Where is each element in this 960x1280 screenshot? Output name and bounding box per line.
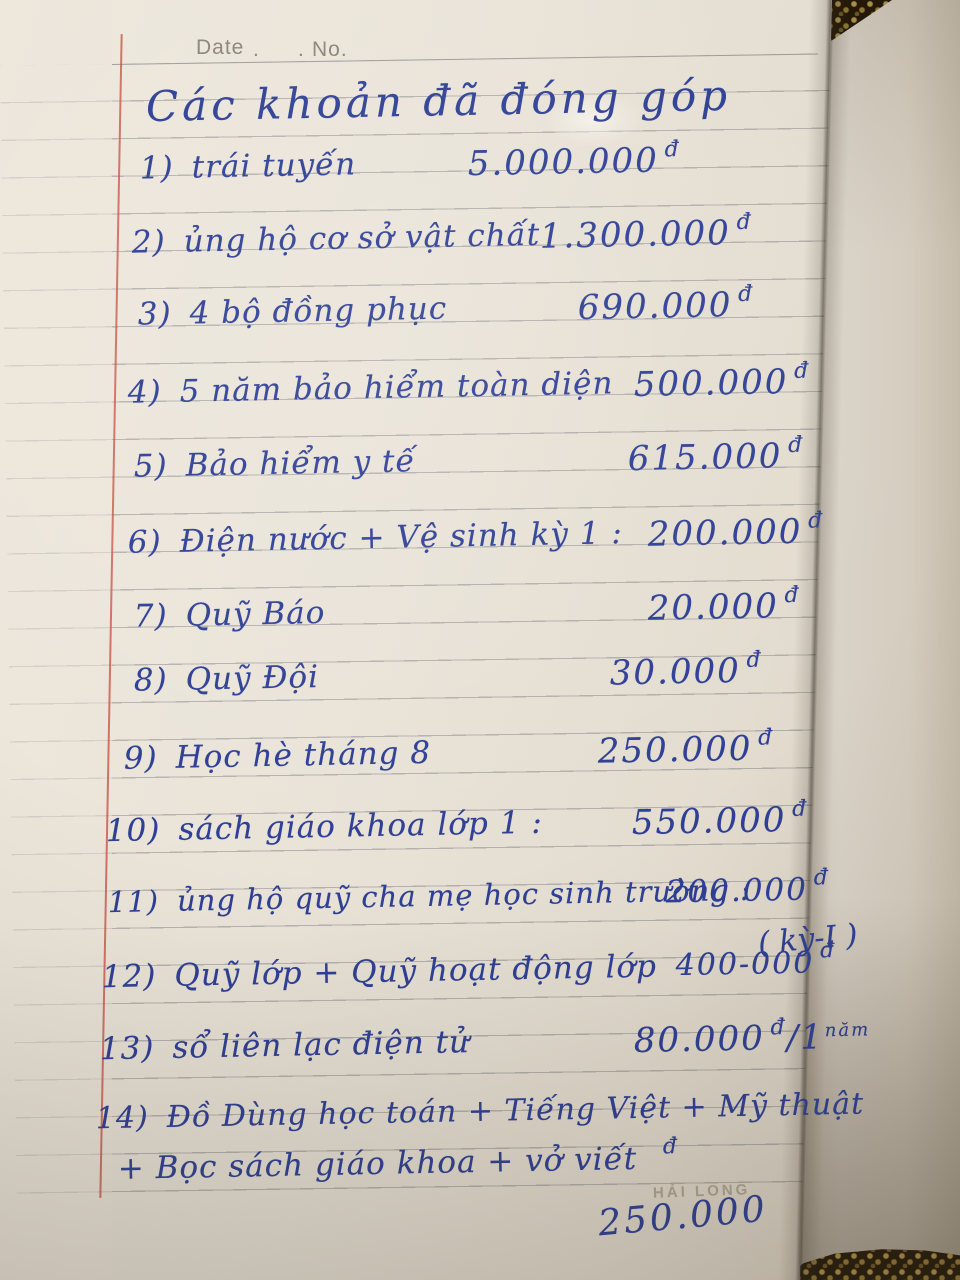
item-row-10: 10)sách giáo khoa lớp 1 : 550.000đ bbox=[0, 799, 840, 865]
item-row-12: 12)Quỹ lớp + Quỹ hoạt động lớp 400-000đ bbox=[0, 945, 840, 1011]
printed-no-label: No. bbox=[312, 38, 348, 62]
item-label: Quỹ Đội bbox=[185, 659, 319, 698]
currency-superscript: đ bbox=[784, 583, 801, 608]
amount-value: 400-000 bbox=[675, 946, 814, 984]
item-label: Quỹ Báo bbox=[185, 595, 325, 634]
printed-dot: . bbox=[253, 38, 260, 62]
item-label: Đồ Dùng học toán + Tiếng Việt + Mỹ thuật bbox=[166, 1087, 864, 1135]
amount-suffix-superscript: năm bbox=[825, 1019, 871, 1041]
item-amount: 1.300.000đ bbox=[539, 213, 753, 257]
item-amount: 30.000đ bbox=[609, 651, 763, 694]
notebook-photo: Date . . No. Các khoản đã đóng góp 1)trá… bbox=[0, 0, 960, 1280]
amount-value: 550.000 bbox=[631, 800, 786, 843]
item-number: 10) bbox=[106, 812, 161, 849]
item-amount: 200.000đ bbox=[647, 511, 824, 554]
currency-superscript: đ bbox=[770, 1015, 787, 1040]
item-number: 4) bbox=[128, 374, 163, 411]
amount-value: 80.000 bbox=[633, 1018, 765, 1061]
item-row-4: 4)5 năm bảo hiểm toàn diện 500.000đ bbox=[0, 361, 840, 427]
item-row-8: 8)Quỹ Đội 30.000đ bbox=[0, 649, 840, 715]
item-number: 5) bbox=[134, 448, 169, 485]
item-label: Học hè tháng 8 bbox=[175, 735, 431, 776]
item-label: Điện nước + Vệ sinh kỳ 1 : bbox=[179, 515, 623, 559]
item-label: trái tuyến bbox=[191, 146, 356, 185]
item-amount: 690.000đ bbox=[577, 285, 754, 328]
currency-superscript: đ bbox=[663, 1134, 679, 1159]
amount-value: 30.000 bbox=[609, 651, 741, 694]
item-number: 9) bbox=[124, 740, 159, 777]
currency-superscript: đ bbox=[746, 648, 763, 673]
item-label: Quỹ lớp + Quỹ hoạt động lớp bbox=[174, 949, 657, 994]
handwritten-title: Các khoản đã đóng góp bbox=[146, 71, 732, 131]
printed-dot: . bbox=[298, 38, 305, 62]
currency-superscript: đ bbox=[736, 210, 753, 235]
item-row-1: 1)trái tuyến 5.000.000đ bbox=[0, 137, 840, 203]
watermark-hai-long: HẢI LONG bbox=[653, 1181, 751, 1201]
item-amount: 615.000đ bbox=[627, 436, 804, 479]
item-label: 4 bộ đồng phục bbox=[189, 291, 447, 332]
item-row-9: 9)Học hè tháng 8 250.000đ bbox=[0, 727, 840, 793]
item-number: 2) bbox=[132, 224, 167, 261]
item-label: ủng hộ cơ sở vật chất bbox=[183, 217, 540, 260]
currency-superscript: đ bbox=[788, 433, 805, 458]
item-amount: 200.000đ bbox=[665, 871, 830, 910]
item-label: 5 năm bảo hiểm toàn diện bbox=[179, 365, 613, 409]
printed-date-label: Date bbox=[196, 36, 244, 60]
item-row-13: 13)sổ liên lạc điện tử 80.000đ/1năm bbox=[0, 1017, 840, 1083]
item-row-2: 2)ủng hộ cơ sở vật chất 1.300.000đ bbox=[0, 211, 840, 277]
item-row-6: 6)Điện nước + Vệ sinh kỳ 1 : 200.000đ bbox=[0, 511, 840, 577]
item-number: 3) bbox=[138, 296, 173, 333]
amount-value: 20.000 bbox=[647, 586, 779, 629]
item-amount: 250.000đ bbox=[597, 728, 774, 771]
currency-superscript: đ bbox=[794, 359, 811, 384]
currency-superscript: đ bbox=[813, 865, 830, 890]
item-amount: 20.000đ bbox=[647, 586, 801, 629]
item-amount: 500.000đ bbox=[633, 362, 810, 405]
item-number: 14) bbox=[96, 1100, 150, 1136]
amount-value: 615.000 bbox=[627, 436, 782, 479]
item-number: 11) bbox=[108, 884, 160, 919]
item-number: 12) bbox=[102, 958, 157, 995]
item-label: sổ liên lạc điện tử bbox=[172, 1024, 470, 1066]
amount-value: 1.300.000 bbox=[539, 213, 731, 257]
item-row-5: 5)Bảo hiểm y tế 615.000đ bbox=[0, 435, 840, 501]
amount-value: 500.000 bbox=[633, 362, 788, 405]
currency-superscript: đ bbox=[738, 282, 755, 307]
item-label: sách giáo khoa lớp 1 : bbox=[178, 805, 543, 848]
amount-value: 200.000 bbox=[665, 872, 808, 911]
currency-superscript: đ bbox=[808, 508, 825, 533]
amount-suffix: /1 bbox=[786, 1017, 824, 1058]
item-number: 7) bbox=[134, 598, 169, 635]
currency-superscript: đ bbox=[792, 797, 809, 822]
amount-value: 690.000 bbox=[577, 285, 732, 328]
item-amount: 80.000đ/1năm bbox=[633, 1016, 870, 1061]
item-row-3: 3)4 bộ đồng phục 690.000đ bbox=[0, 283, 840, 349]
item-label: Bảo hiểm y tế bbox=[185, 443, 416, 483]
item-amount: 5.000.000đ bbox=[467, 140, 681, 184]
item-number: 8) bbox=[134, 662, 169, 699]
amount-value: 200.000 bbox=[647, 512, 802, 555]
item-row-11: 11)ủng hộ quỹ cha mẹ học sinh trường : 2… bbox=[0, 871, 840, 937]
item-number: 6) bbox=[128, 524, 163, 561]
currency-superscript: đ bbox=[664, 137, 681, 162]
item-amount: 400-000đ bbox=[675, 945, 836, 983]
item-number: 13) bbox=[100, 1030, 155, 1067]
currency-superscript: đ bbox=[758, 725, 775, 750]
amount-value: 250.000 bbox=[597, 729, 752, 772]
amount-value: 5.000.000 bbox=[467, 141, 659, 185]
page-content: Date . . No. Các khoản đã đóng góp 1)trá… bbox=[0, 0, 960, 1280]
item-amount: 550.000đ bbox=[631, 800, 808, 843]
item-number: 1) bbox=[140, 150, 175, 187]
item-row-7: 7)Quỹ Báo 20.000đ bbox=[0, 585, 840, 651]
currency-superscript: đ bbox=[820, 938, 837, 963]
